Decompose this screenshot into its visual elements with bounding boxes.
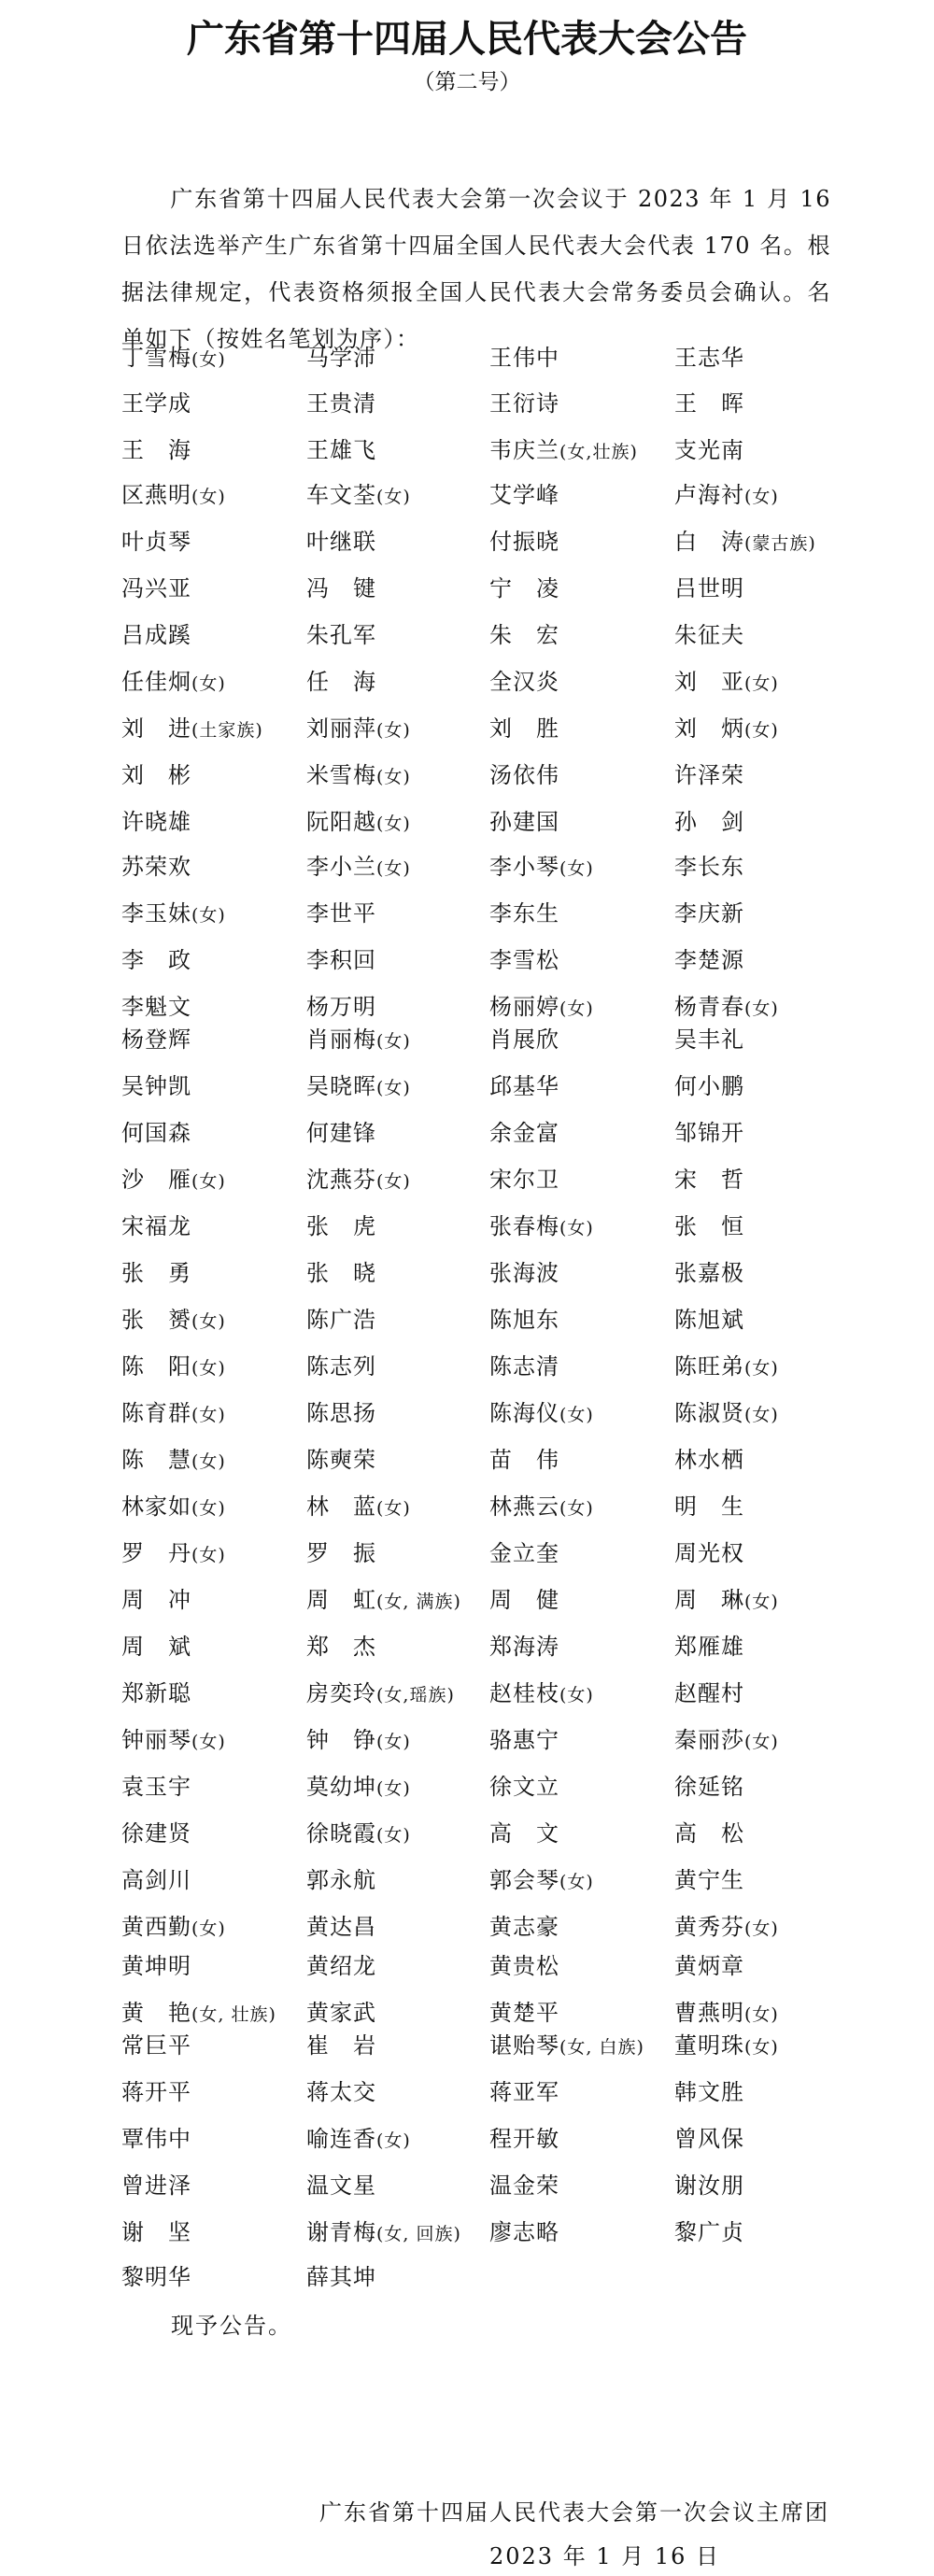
- representative-name: 朱 宏: [489, 616, 559, 656]
- representative-name: 蒋开平: [121, 2074, 191, 2113]
- name-text: 卢海衬: [674, 482, 744, 508]
- name-row: 谢 坚谢青梅(女, 回族)廖志略黎广贞: [0, 2214, 934, 2251]
- name-text: 王学成: [121, 390, 191, 417]
- name-note: (女): [376, 720, 411, 741]
- name-row: 杨登辉肖丽梅(女)肖展欣吴丰礼: [0, 1021, 934, 1058]
- representative-name: 全汉炎: [489, 663, 559, 702]
- representative-name: 刘 亚(女): [674, 663, 779, 702]
- representative-name: 宋尔卫: [489, 1161, 559, 1200]
- name-text: 李 政: [121, 947, 191, 973]
- name-text: 周 健: [489, 1587, 559, 1613]
- name-row: 林家如(女)林 蓝(女)林燕云(女)明 生: [0, 1488, 934, 1525]
- name-note: (女): [191, 1732, 226, 1752]
- representative-name: 房奕玲(女,瑶族): [306, 1675, 455, 1714]
- name-text: 陈旺弟: [674, 1353, 744, 1380]
- name-row: 刘 彬米雪梅(女)汤依伟许泽荣: [0, 757, 934, 794]
- name-note: (女): [559, 1685, 594, 1706]
- name-note: (女): [744, 487, 779, 507]
- representative-name: 张 虎: [306, 1208, 376, 1247]
- name-text: 孙建国: [489, 809, 559, 835]
- representative-name: 黎明华: [121, 2258, 191, 2298]
- name-text: 明 生: [674, 1493, 744, 1520]
- name-text: 何国森: [121, 1120, 191, 1146]
- name-note: (女): [376, 1031, 411, 1052]
- representative-name: 王 晖: [674, 385, 744, 424]
- name-text: 高剑川: [121, 1867, 191, 1893]
- name-row: 李玉妹(女)李世平李东生李庆新: [0, 895, 934, 932]
- representative-name: 高剑川: [121, 1861, 191, 1901]
- representative-name: 陈旭斌: [674, 1301, 744, 1340]
- name-text: 徐延铭: [674, 1774, 744, 1800]
- representative-name: 郑 杰: [306, 1628, 376, 1667]
- name-text: 艾学峰: [489, 482, 559, 508]
- name-text: 程开敏: [489, 2126, 559, 2152]
- name-row: 高剑川郭永航郭会琴(女)黄宁生: [0, 1861, 934, 1899]
- name-text: 刘 进: [121, 715, 191, 742]
- name-text: 何小鹏: [674, 1073, 744, 1099]
- name-text: 黄志豪: [489, 1914, 559, 1940]
- representative-name: 郭会琴(女): [489, 1861, 594, 1901]
- name-text: 邹锦开: [674, 1120, 744, 1146]
- name-text: 李魁文: [121, 994, 191, 1020]
- name-text: 谌贻琴: [489, 2032, 559, 2059]
- representative-name: 李小琴(女): [489, 848, 594, 887]
- representative-name: 李长东: [674, 848, 744, 887]
- representative-name: 冯兴亚: [121, 570, 191, 609]
- name-row: 徐建贤徐晓霞(女)高 文高 松: [0, 1815, 934, 1852]
- name-text: 李世平: [306, 900, 376, 927]
- name-text: 汤依伟: [489, 762, 559, 788]
- representative-name: 蒋太交: [306, 2074, 376, 2113]
- representative-name: 陈育群(女): [121, 1394, 226, 1434]
- name-text: 高 文: [489, 1820, 559, 1847]
- name-text: 支光南: [674, 437, 744, 463]
- name-text: 钟 铮: [306, 1727, 376, 1753]
- name-text: 李积回: [306, 947, 376, 973]
- name-text: 郑海涛: [489, 1634, 559, 1660]
- name-text: 徐晓霞: [306, 1820, 376, 1847]
- name-text: 全汉炎: [489, 669, 559, 695]
- name-text: 崔 岩: [306, 2032, 376, 2059]
- name-row: 陈 慧(女)陈奭荣苗 伟林水栖: [0, 1441, 934, 1479]
- representative-name: 陈奭荣: [306, 1441, 376, 1480]
- name-text: 张嘉极: [674, 1260, 744, 1286]
- name-text: 冯兴亚: [121, 575, 191, 602]
- representative-name: 刘 进(土家族): [121, 710, 263, 749]
- name-row: 黄西勤(女)黄达昌黄志豪黄秀芬(女): [0, 1908, 934, 1946]
- name-note: (女): [191, 1358, 226, 1379]
- name-text: 杨丽婷: [489, 994, 559, 1020]
- name-text: 郭会琴: [489, 1867, 559, 1893]
- name-text: 吴钟凯: [121, 1073, 191, 1099]
- representative-name: 高 松: [674, 1815, 744, 1854]
- representative-name: 陈旭东: [489, 1301, 559, 1340]
- representative-name: 郑雁雄: [674, 1628, 744, 1667]
- name-text: 王 海: [121, 437, 191, 463]
- name-row: 沙 雁(女)沈燕芬(女)宋尔卫宋 哲: [0, 1161, 934, 1198]
- representative-name: 朱征夫: [674, 616, 744, 656]
- name-note: (女): [376, 767, 411, 787]
- name-note: (女): [191, 1918, 226, 1939]
- representative-name: 宋福龙: [121, 1208, 191, 1247]
- announcement-number: （第二号）: [0, 64, 934, 101]
- representative-name: 喻连香(女): [306, 2120, 411, 2159]
- representative-name: 张 勇: [121, 1254, 191, 1294]
- name-text: 温金荣: [489, 2173, 559, 2199]
- representative-name: 陈 慧(女): [121, 1441, 226, 1480]
- name-text: 金立奎: [489, 1540, 559, 1566]
- representative-name: 肖丽梅(女): [306, 1021, 411, 1060]
- name-text: 谢 坚: [121, 2219, 191, 2245]
- name-text: 骆惠宁: [489, 1727, 559, 1753]
- name-text: 宁 凌: [489, 575, 559, 602]
- representative-name: 韩文胜: [674, 2074, 744, 2113]
- name-text: 陈 慧: [121, 1447, 191, 1473]
- name-row: 常巨平崔 岩谌贻琴(女, 白族)董明珠(女): [0, 2027, 934, 2064]
- representative-name: 吕世明: [674, 570, 744, 609]
- name-text: 蒋太交: [306, 2079, 376, 2105]
- representative-name: 常巨平: [121, 2027, 191, 2066]
- name-text: 苏荣欢: [121, 854, 191, 880]
- representative-name: 崔 岩: [306, 2027, 376, 2066]
- name-row: 郑新聪房奕玲(女,瑶族)赵桂枝(女)赵醒村: [0, 1675, 934, 1712]
- name-text: 朱孔军: [306, 622, 376, 648]
- representative-name: 王贵清: [306, 385, 376, 424]
- representative-name: 周 虹(女, 满族): [306, 1581, 461, 1621]
- name-note: (女,壮族): [559, 442, 638, 462]
- name-text: 陈思扬: [306, 1400, 376, 1426]
- representative-name: 骆惠宁: [489, 1721, 559, 1761]
- name-text: 李长东: [674, 854, 744, 880]
- representative-name: 张海波: [489, 1254, 559, 1294]
- representative-name: 沙 雁(女): [121, 1161, 226, 1200]
- name-note: (女): [376, 858, 411, 879]
- representative-name: 徐建贤: [121, 1815, 191, 1854]
- representative-name: 米雪梅(女): [306, 757, 411, 796]
- name-text: 张 勇: [121, 1260, 191, 1286]
- name-note: (土家族): [191, 720, 263, 741]
- representative-name: 邱基华: [489, 1068, 559, 1107]
- representative-name: 温文星: [306, 2167, 376, 2206]
- name-note: (女): [376, 487, 411, 507]
- name-text: 王雄飞: [306, 437, 376, 463]
- name-note: (女): [191, 349, 226, 370]
- name-text: 黄坤明: [121, 1953, 191, 1979]
- name-text: 李小兰: [306, 854, 376, 880]
- name-row: 宋福龙张 虎张春梅(女)张 恒: [0, 1208, 934, 1245]
- name-text: 吴丰礼: [674, 1026, 744, 1053]
- name-text: 黄炳章: [674, 1953, 744, 1979]
- name-text: 李楚源: [674, 947, 744, 973]
- representative-name: 孙建国: [489, 803, 559, 842]
- name-text: 郑雁雄: [674, 1634, 744, 1660]
- name-row: 任佳炯(女)任 海全汉炎刘 亚(女): [0, 663, 934, 701]
- representative-name: 周 斌: [121, 1628, 191, 1667]
- name-text: 温文星: [306, 2173, 376, 2199]
- name-text: 刘丽萍: [306, 715, 376, 742]
- representative-name: 宁 凌: [489, 570, 559, 609]
- name-text: 秦丽莎: [674, 1727, 744, 1753]
- name-row: 张 赟(女)陈广浩陈旭东陈旭斌: [0, 1301, 934, 1338]
- name-note: (女): [559, 858, 594, 879]
- name-text: 叶继联: [306, 529, 376, 555]
- name-text: 刘 彬: [121, 762, 191, 788]
- representative-name: 阮阳越(女): [306, 803, 411, 842]
- name-text: 黄家武: [306, 2000, 376, 2026]
- name-row: 钟丽琴(女)钟 铮(女)骆惠宁秦丽莎(女): [0, 1721, 934, 1759]
- name-row: 袁玉宇莫幼坤(女)徐文立徐延铭: [0, 1768, 934, 1805]
- name-text: 黄绍龙: [306, 1953, 376, 1979]
- representative-name: 邹锦开: [674, 1114, 744, 1154]
- name-row: 周 斌郑 杰郑海涛郑雁雄: [0, 1628, 934, 1665]
- name-text: 罗 振: [306, 1540, 376, 1566]
- representative-name: 秦丽莎(女): [674, 1721, 779, 1761]
- representative-name: 廖志略: [489, 2214, 559, 2253]
- name-text: 周光权: [674, 1540, 744, 1566]
- representative-name: 黄炳章: [674, 1947, 744, 1987]
- name-note: (女, 回族): [376, 2224, 461, 2244]
- name-text: 阮阳越: [306, 809, 376, 835]
- name-text: 杨登辉: [121, 1026, 191, 1053]
- name-note: (女): [191, 673, 226, 694]
- representative-name: 温金荣: [489, 2167, 559, 2206]
- representative-name: 李楚源: [674, 941, 744, 981]
- name-note: (蒙古族): [744, 533, 816, 554]
- representative-name: 汤依伟: [489, 757, 559, 796]
- name-text: 韩文胜: [674, 2079, 744, 2105]
- representative-name: 谌贻琴(女, 白族): [489, 2027, 644, 2066]
- name-row: 许晓雄阮阳越(女)孙建国孙 剑: [0, 803, 934, 841]
- name-text: 张春梅: [489, 1213, 559, 1239]
- name-note: (女): [376, 1078, 411, 1098]
- name-text: 宋尔卫: [489, 1167, 559, 1193]
- representative-name: 何小鹏: [674, 1068, 744, 1107]
- name-note: (女): [191, 905, 226, 926]
- representative-name: 白 涛(蒙古族): [674, 523, 816, 562]
- name-note: (女): [744, 720, 779, 741]
- representative-name: 袁玉宇: [121, 1768, 191, 1807]
- name-text: 郑 杰: [306, 1634, 376, 1660]
- representative-name: 陈淑贤(女): [674, 1394, 779, 1434]
- representative-name: 张嘉极: [674, 1254, 744, 1294]
- representative-name: 黄贵松: [489, 1947, 559, 1987]
- name-text: 莫幼坤: [306, 1774, 376, 1800]
- representative-name: 黄秀芬(女): [674, 1908, 779, 1947]
- name-text: 张 恒: [674, 1213, 744, 1239]
- representative-name: 钟丽琴(女): [121, 1721, 226, 1761]
- representative-name: 陈思扬: [306, 1394, 376, 1434]
- representative-name: 曾风保: [674, 2120, 744, 2159]
- representative-name: 黄坤明: [121, 1947, 191, 1987]
- name-text: 孙 剑: [674, 809, 744, 835]
- representative-name: 罗 丹(女): [121, 1535, 226, 1574]
- name-text: 王衍诗: [489, 390, 559, 417]
- name-text: 黄宁生: [674, 1867, 744, 1893]
- name-note: (女): [744, 1358, 779, 1379]
- name-text: 刘 胜: [489, 715, 559, 742]
- name-text: 白 涛: [674, 529, 744, 555]
- name-text: 黄 艳: [121, 2000, 191, 2026]
- representative-name: 丁雪梅(女): [121, 339, 226, 378]
- name-text: 王伟中: [489, 345, 559, 371]
- name-text: 刘 炳: [674, 715, 744, 742]
- representative-name: 李玉妹(女): [121, 895, 226, 934]
- representative-name: 车文荃(女): [306, 476, 411, 516]
- name-text: 周 虹: [306, 1587, 376, 1613]
- representative-name: 薛其坤: [306, 2258, 376, 2298]
- representative-name: 陈广浩: [306, 1301, 376, 1340]
- representative-name: 李世平: [306, 895, 376, 934]
- representative-name: 蒋亚军: [489, 2074, 559, 2113]
- name-text: 王贵清: [306, 390, 376, 417]
- name-text: 杨青春: [674, 994, 744, 1020]
- representative-name: 黄达昌: [306, 1908, 376, 1947]
- name-text: 谢青梅: [306, 2219, 376, 2245]
- representative-name: 王衍诗: [489, 385, 559, 424]
- name-note: (女): [744, 1405, 779, 1425]
- name-text: 常巨平: [121, 2032, 191, 2059]
- name-text: 区燕明: [121, 482, 191, 508]
- representative-name: 黄西勤(女): [121, 1908, 226, 1947]
- representative-name: 卢海衬(女): [674, 476, 779, 516]
- name-note: (女): [191, 1451, 226, 1472]
- name-text: 李玉妹: [121, 900, 191, 927]
- name-row: 叶贞琴叶继联付振晓白 涛(蒙古族): [0, 523, 934, 560]
- representative-name: 朱孔军: [306, 616, 376, 656]
- name-text: 宋 哲: [674, 1167, 744, 1193]
- name-text: 周 冲: [121, 1587, 191, 1613]
- name-text: 车文荃: [306, 482, 376, 508]
- name-note: (女): [376, 814, 411, 834]
- representative-name: 黄绍龙: [306, 1947, 376, 1987]
- name-note: (女): [191, 487, 226, 507]
- name-text: 钟丽琴: [121, 1727, 191, 1753]
- name-text: 宋福龙: [121, 1213, 191, 1239]
- issuer-signature: 广东省第十四届人民代表大会第一次会议主席团: [319, 2494, 829, 2531]
- name-text: 许晓雄: [121, 809, 191, 835]
- name-note: (女): [744, 2004, 779, 2025]
- representative-name: 程开敏: [489, 2120, 559, 2159]
- representative-name: 谢青梅(女, 回族): [306, 2214, 461, 2253]
- representative-name: 吴丰礼: [674, 1021, 744, 1060]
- representative-name: 陈海仪(女): [489, 1394, 594, 1434]
- name-note: (女): [744, 1918, 779, 1939]
- representative-name: 韦庆兰(女,壮族): [489, 432, 638, 471]
- name-row: 黄坤明黄绍龙黄贵松黄炳章: [0, 1947, 934, 1985]
- name-text: 蒋亚军: [489, 2079, 559, 2105]
- name-row: 吕成蹊朱孔军朱 宏朱征夫: [0, 616, 934, 654]
- name-text: 林 蓝: [306, 1493, 376, 1520]
- representative-name: 赵桂枝(女): [489, 1675, 594, 1714]
- name-text: 杨万明: [306, 994, 376, 1020]
- representative-name: 区燕明(女): [121, 476, 226, 516]
- representative-name: 徐晓霞(女): [306, 1815, 411, 1854]
- name-text: 付振晓: [489, 529, 559, 555]
- name-row: 王 海王雄飞韦庆兰(女,壮族)支光南: [0, 432, 934, 469]
- representative-name: 付振晓: [489, 523, 559, 562]
- name-text: 马学沛: [306, 345, 376, 371]
- name-text: 邱基华: [489, 1073, 559, 1099]
- representative-name: 吕成蹊: [121, 616, 191, 656]
- name-text: 陈海仪: [489, 1400, 559, 1426]
- representative-name: 周 健: [489, 1581, 559, 1621]
- name-note: (女, 满族): [376, 1592, 461, 1612]
- representative-name: 张 赟(女): [121, 1301, 226, 1340]
- name-text: 张 虎: [306, 1213, 376, 1239]
- name-note: (女): [744, 673, 779, 694]
- name-text: 李小琴: [489, 854, 559, 880]
- name-note: (女): [376, 1171, 411, 1192]
- name-text: 陈广浩: [306, 1307, 376, 1333]
- representative-name: 李庆新: [674, 895, 744, 934]
- representative-name: 谢汝朋: [674, 2167, 744, 2206]
- representative-name: 李雪松: [489, 941, 559, 981]
- name-text: 李东生: [489, 900, 559, 927]
- name-text: 李庆新: [674, 900, 744, 927]
- name-text: 余金富: [489, 1120, 559, 1146]
- representative-name: 刘 彬: [121, 757, 191, 796]
- name-note: (女): [376, 1778, 411, 1799]
- representative-name: 黄宁生: [674, 1861, 744, 1901]
- representative-name: 许晓雄: [121, 803, 191, 842]
- name-text: 郭永航: [306, 1867, 376, 1893]
- name-note: (女): [191, 1405, 226, 1425]
- name-text: 薛其坤: [306, 2264, 376, 2290]
- representative-name: 张 恒: [674, 1208, 744, 1247]
- name-note: (女): [744, 1592, 779, 1612]
- representative-name: 叶继联: [306, 523, 376, 562]
- name-text: 曾进泽: [121, 2173, 191, 2199]
- name-text: 曾风保: [674, 2126, 744, 2152]
- name-text: 周 琳: [674, 1587, 744, 1613]
- name-note: (女): [559, 1498, 594, 1519]
- name-text: 林家如: [121, 1493, 191, 1520]
- name-row: 陈育群(女)陈思扬陈海仪(女)陈淑贤(女): [0, 1394, 934, 1432]
- name-text: 周 斌: [121, 1634, 191, 1660]
- representative-name: 王雄飞: [306, 432, 376, 471]
- representative-name: 李东生: [489, 895, 559, 934]
- representative-name: 吴钟凯: [121, 1068, 191, 1107]
- name-text: 陈志清: [489, 1353, 559, 1380]
- name-text: 吕世明: [674, 575, 744, 602]
- name-text: 赵醒村: [674, 1680, 744, 1706]
- name-text: 陈淑贤: [674, 1400, 744, 1426]
- representative-name: 李小兰(女): [306, 848, 411, 887]
- representative-name: 刘丽萍(女): [306, 710, 411, 749]
- representative-name: 张 晓: [306, 1254, 376, 1294]
- representative-name: 任佳炯(女): [121, 663, 226, 702]
- name-note: (女): [191, 1498, 226, 1519]
- representative-name: 黎广贞: [674, 2214, 744, 2253]
- representative-name: 罗 振: [306, 1535, 376, 1574]
- name-text: 王 晖: [674, 390, 744, 417]
- name-row: 黄 艳(女, 壮族)黄家武黄楚平曹燕明(女): [0, 1994, 934, 2031]
- representative-name: 徐延铭: [674, 1768, 744, 1807]
- name-text: 王志华: [674, 345, 744, 371]
- name-row: 吴钟凯吴晓晖(女)邱基华何小鹏: [0, 1068, 934, 1105]
- name-note: (女): [376, 2130, 411, 2151]
- name-text: 陈育群: [121, 1400, 191, 1426]
- representative-name: 覃伟中: [121, 2120, 191, 2159]
- name-row: 黎明华薛其坤: [0, 2258, 934, 2296]
- representative-name: 苏荣欢: [121, 848, 191, 887]
- representative-name: 陈旺弟(女): [674, 1348, 779, 1387]
- name-row: 陈 阳(女)陈志列陈志清陈旺弟(女): [0, 1348, 934, 1385]
- representative-name: 曾进泽: [121, 2167, 191, 2206]
- representative-name: 刘 胜: [489, 710, 559, 749]
- intro-paragraph: 广东省第十四届人民代表大会第一次会议于 2023 年 1 月 16 日依法选举产…: [121, 176, 831, 362]
- name-text: 谢汝朋: [674, 2173, 744, 2199]
